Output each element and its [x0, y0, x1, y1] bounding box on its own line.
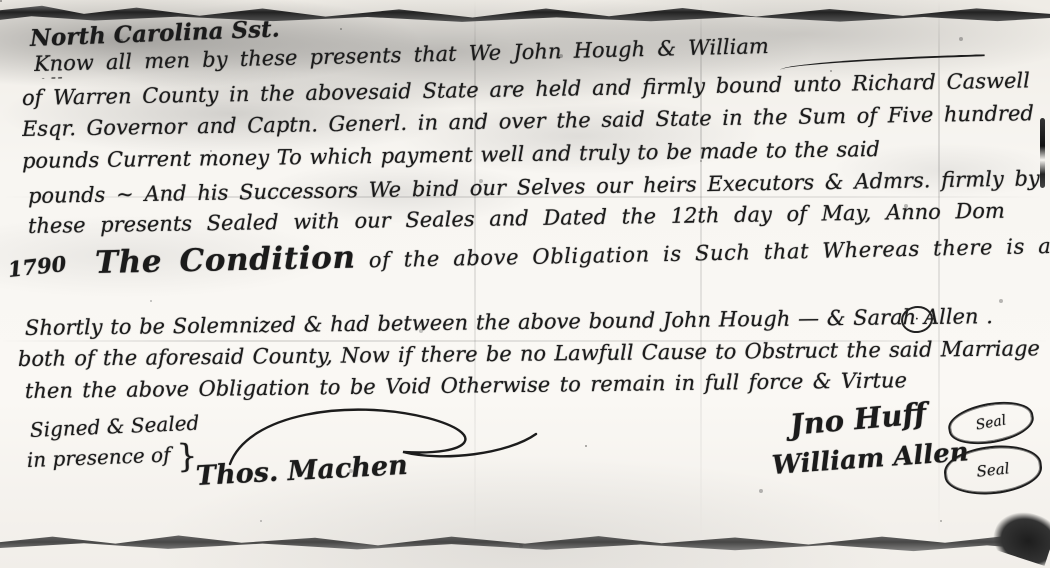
document-year: 1790 [7, 252, 68, 281]
scan-edge-right-mark [1040, 118, 1045, 188]
seal-label: Seal [976, 459, 1011, 480]
condition-lead: The Condition [95, 240, 356, 281]
seal-label: Seal [974, 412, 1007, 433]
paper-speckles [0, 0, 2, 2]
attestation-line2: in presence of [26, 442, 170, 471]
scanned-document: North Carolina Sst. Know all men by thes… [0, 0, 1050, 568]
ink-mark-dot: · [915, 314, 920, 325]
